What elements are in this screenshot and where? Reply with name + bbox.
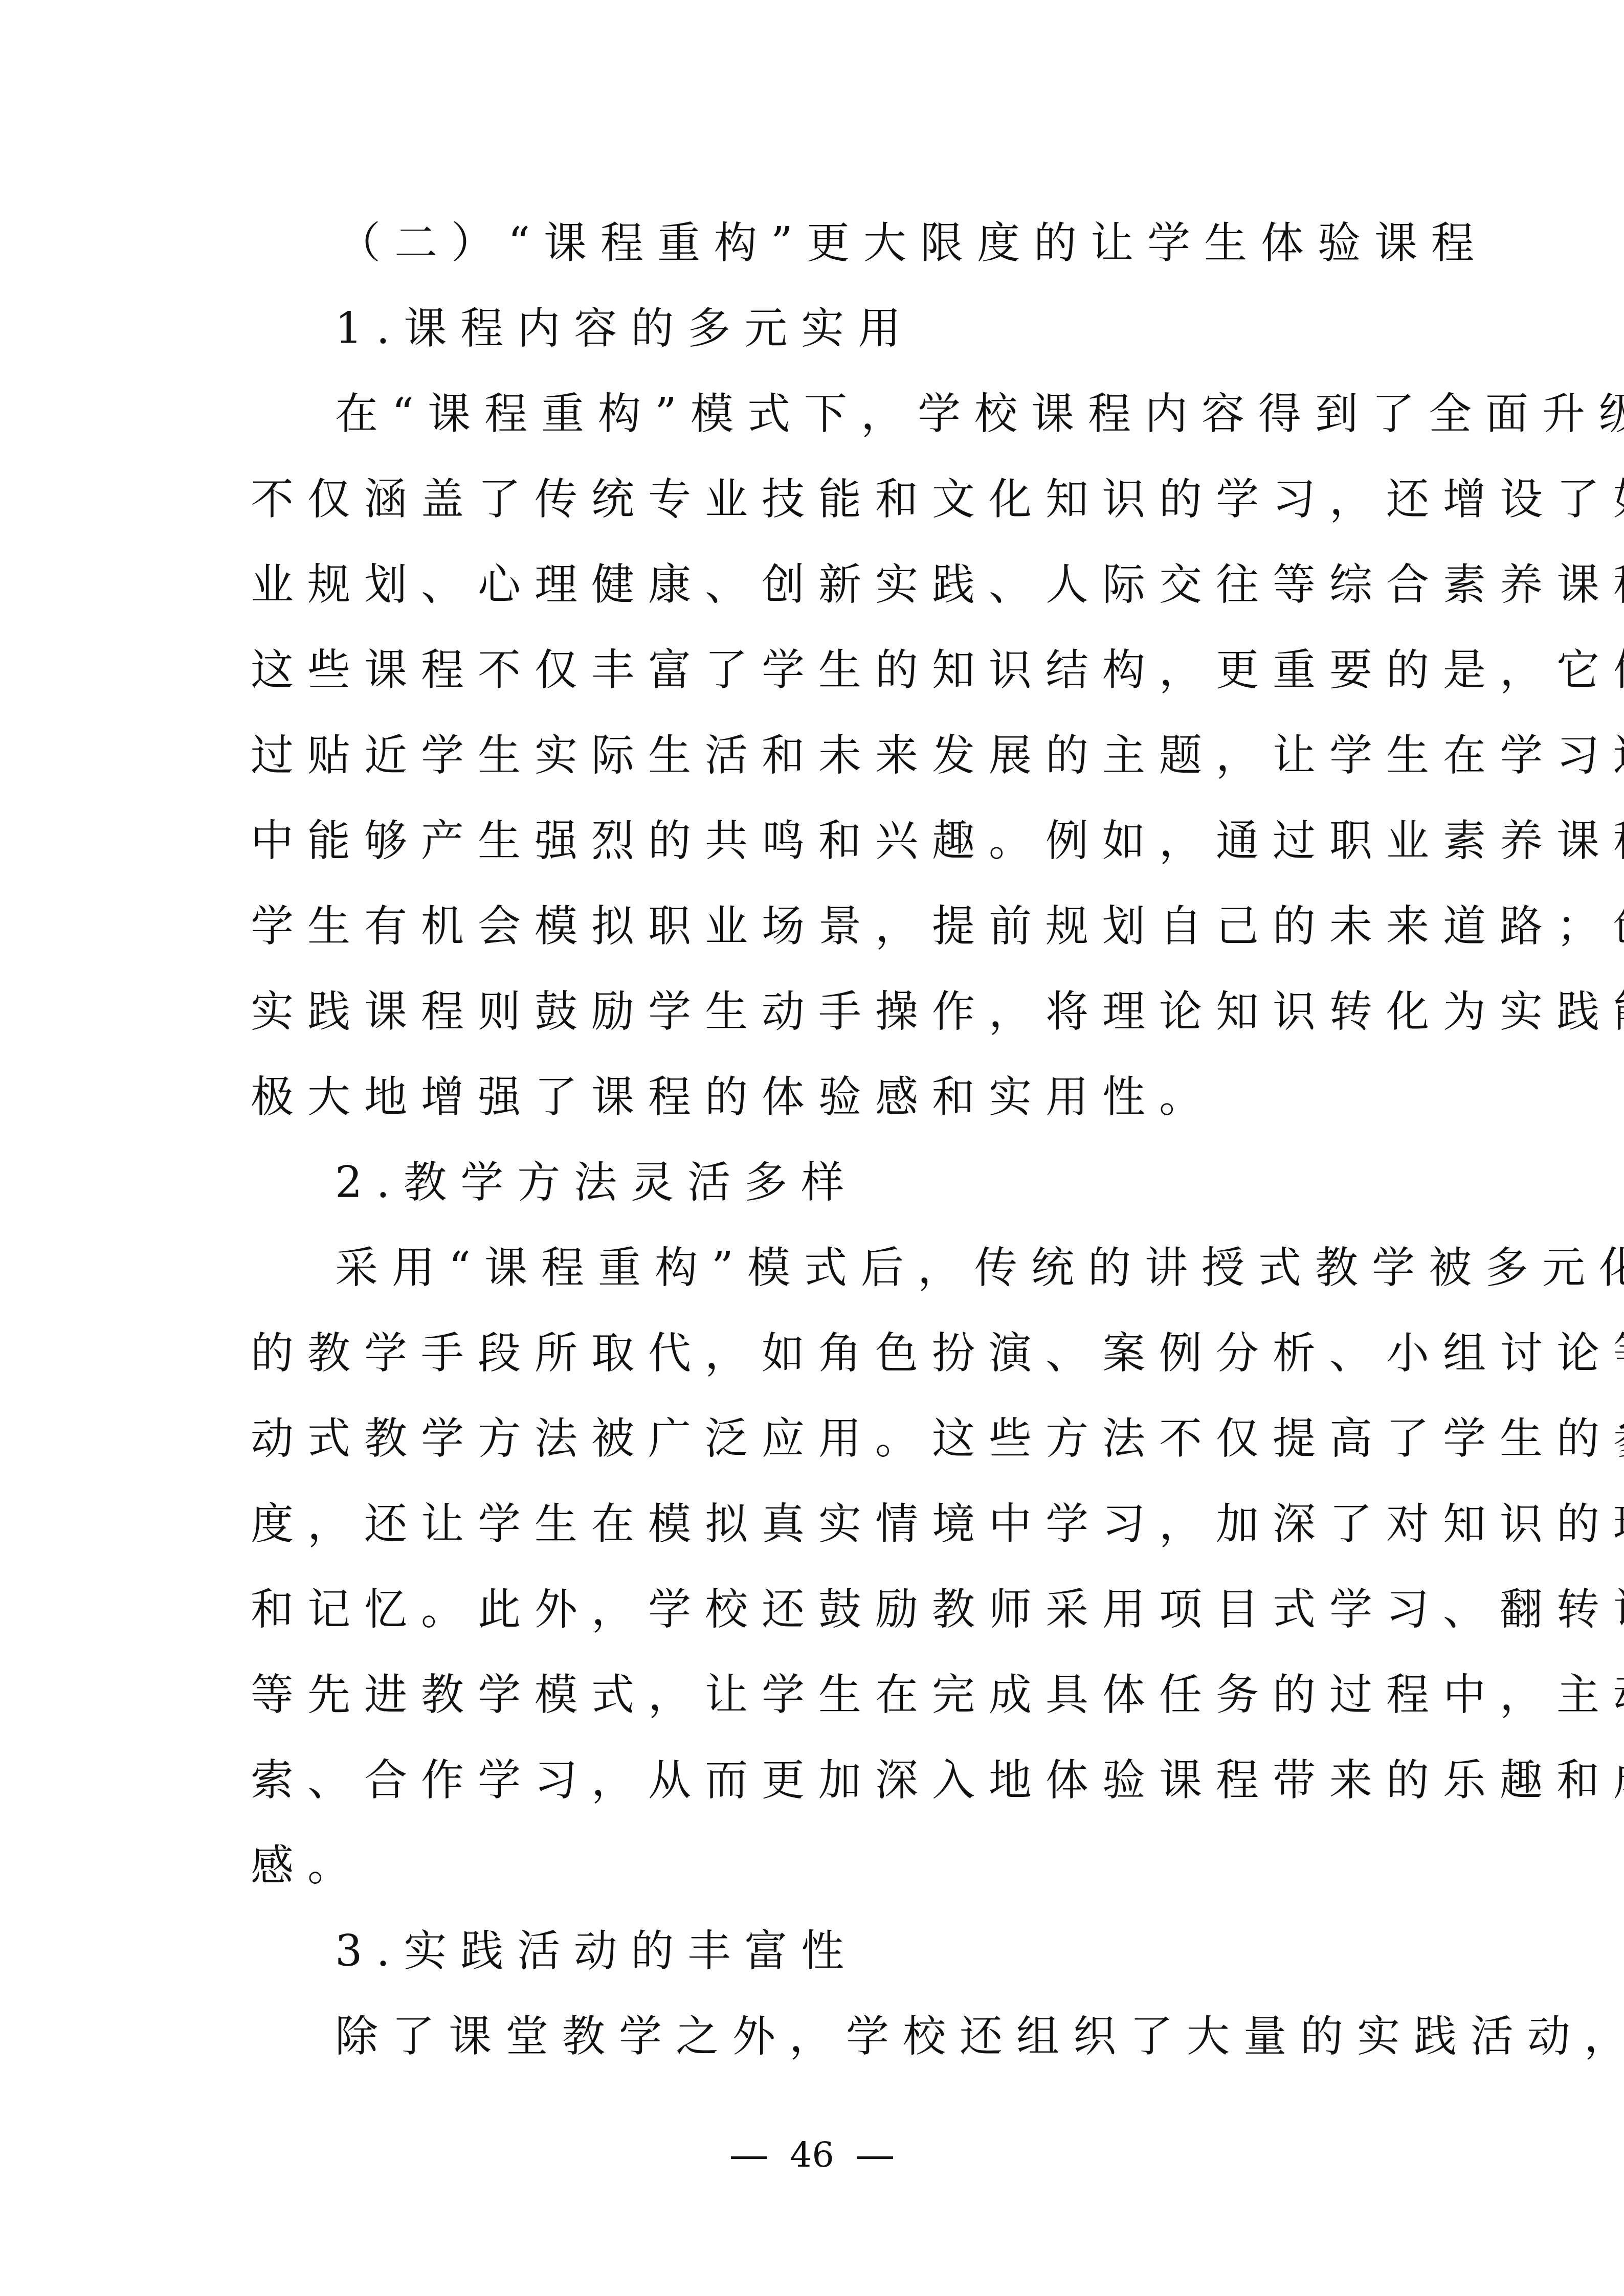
paragraph-line: 中能够产生强烈的共鸣和兴趣。例如，通过职业素养课程， — [251, 798, 1396, 884]
subsection-title-3: 3.实践活动的丰富性 — [335, 1908, 1396, 1994]
paragraph-line: 过贴近学生实际生活和未来发展的主题，让学生在学习过程 — [251, 713, 1396, 798]
dash-right — [857, 2156, 893, 2159]
paragraph-line: 不仅涵盖了传统专业技能和文化知识的学习，还增设了如职 — [251, 457, 1396, 542]
paragraph-line: 动式教学方法被广泛应用。这些方法不仅提高了学生的参与 — [251, 1396, 1396, 1481]
paragraph-line: 在“课程重构”模式下，学校课程内容得到了全面升级， — [335, 371, 1396, 457]
page-number: 46 — [790, 2135, 834, 2175]
document-page: （二）“课程重构”更大限度的让学生体验课程 1.课程内容的多元实用 在“课程重构… — [0, 0, 1624, 2296]
paragraph-line: 除了课堂教学之外，学校还组织了大量的实践活动，让 — [335, 1994, 1396, 2079]
dash-left — [731, 2156, 767, 2159]
subsection-title-1: 1.课程内容的多元实用 — [335, 286, 1396, 371]
paragraph-line: 等先进教学模式，让学生在完成具体任务的过程中，主动探 — [251, 1652, 1396, 1738]
paragraph-line: 感。 — [251, 1823, 1396, 1908]
paragraph-line: 学生有机会模拟职业场景，提前规划自己的未来道路；创新 — [251, 884, 1396, 969]
paragraph-line: 度，还让学生在模拟真实情境中学习，加深了对知识的理解 — [251, 1481, 1396, 1567]
paragraph-line: 实践课程则鼓励学生动手操作，将理论知识转化为实践能力， — [251, 969, 1396, 1054]
paragraph-line: 业规划、心理健康、创新实践、人际交往等综合素养课程。 — [251, 542, 1396, 627]
paragraph-line: 的教学手段所取代，如角色扮演、案例分析、小组讨论等互 — [251, 1311, 1396, 1396]
paragraph-line: 这些课程不仅丰富了学生的知识结构，更重要的是，它们通 — [251, 627, 1396, 713]
paragraph-line: 极大地增强了课程的体验感和实用性。 — [251, 1054, 1396, 1140]
section-heading: （二）“课程重构”更大限度的让学生体验课程 — [338, 200, 1483, 286]
paragraph-line: 采用“课程重构”模式后，传统的讲授式教学被多元化 — [335, 1225, 1396, 1311]
paragraph-line: 和记忆。此外，学校还鼓励教师采用项目式学习、翻转课堂 — [251, 1567, 1396, 1652]
subsection-title-2: 2.教学方法灵活多样 — [335, 1140, 1396, 1225]
paragraph-line: 索、合作学习，从而更加深入地体验课程带来的乐趣和成就 — [251, 1738, 1396, 1823]
page-footer: 46 — [0, 2127, 1624, 2184]
